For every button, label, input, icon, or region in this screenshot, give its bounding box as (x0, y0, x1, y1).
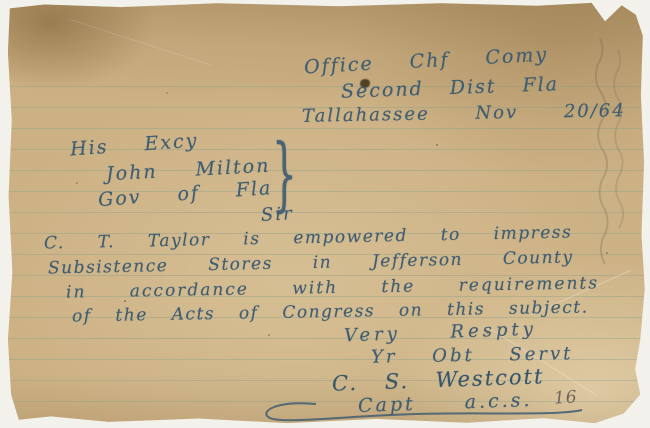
signature-flourish (256, 398, 586, 426)
salutation: Sir (260, 203, 294, 226)
scanned-letter: Office Chf Comy Second Dist Fla Tallahas… (0, 0, 650, 428)
page-number: 16 (553, 387, 578, 409)
closing-line-1: Very Respty (344, 319, 537, 347)
paper-sheet: Office Chf Comy Second Dist Fla Tallahas… (6, 2, 646, 424)
addressee-honorific: His Excy (69, 130, 199, 161)
foxing-specks (6, 2, 8, 4)
heading-office-line: Office Chf Comy (304, 44, 549, 79)
heading-dateline: Tallahassee Nov 20/64 (302, 100, 626, 127)
heading-district-line: Second Dist Fla (341, 73, 560, 103)
body-line-2: Subsistence Stores in Jefferson County (48, 247, 574, 278)
ink-layer: Office Chf Comy Second Dist Fla Tallahas… (6, 2, 646, 424)
